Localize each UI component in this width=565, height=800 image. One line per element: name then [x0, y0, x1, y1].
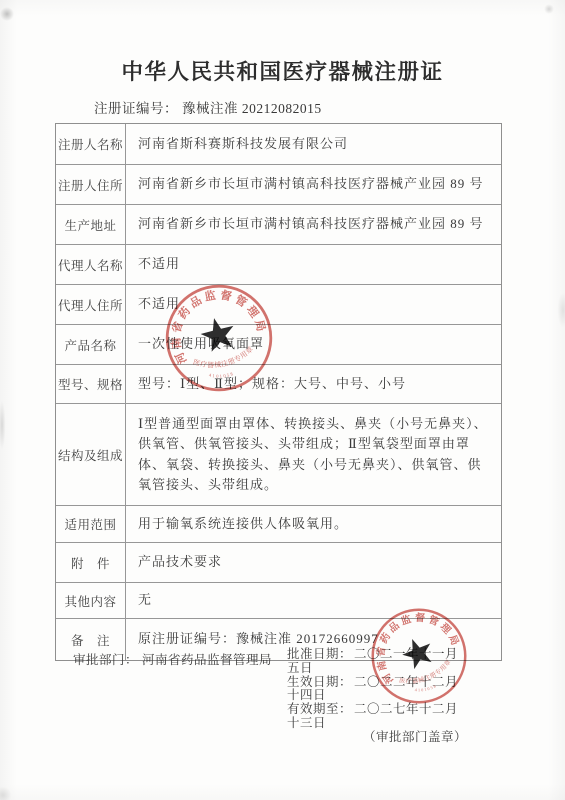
row-label: 生产地址 [56, 205, 126, 244]
table-row: 注册人住所 河南省新乡市长垣市满村镇高科技医疗器械产业园 89 号 [56, 164, 501, 204]
approval-department-label: 审批部门： [73, 653, 138, 667]
effective-date-label: 生效日期： [287, 675, 352, 689]
row-label: 产品名称 [56, 325, 126, 364]
dates-block: 批准日期：二〇二一年十一月五日 生效日期：二〇二二年十二月十四日 有效期至：二〇… [287, 648, 467, 745]
row-value: 产品技术要求 [126, 543, 501, 582]
table-row: 型号、规格 型号：Ⅰ型、Ⅱ型；规格：大号、中号、小号 [56, 364, 501, 403]
row-value: 型号：Ⅰ型、Ⅱ型；规格：大号、中号、小号 [126, 365, 501, 403]
registration-number-label: 注册证编号： [94, 101, 178, 116]
page-title: 中华人民共和国医疗器械注册证 [0, 55, 565, 86]
table-row: 代理人住所 不适用 [56, 284, 501, 324]
effective-date: 生效日期：二〇二二年十二月十四日 [287, 676, 467, 704]
row-value: 不适用 [126, 245, 501, 284]
table-row: 代理人名称 不适用 [56, 244, 501, 284]
row-label: 注册人名称 [56, 124, 126, 164]
row-value: 不适用 [126, 285, 501, 324]
registration-number: 注册证编号：豫械注准 20212082015 [94, 97, 322, 117]
row-value: 一次性使用吸氧面罩 [126, 325, 501, 364]
table-row: 附 件 产品技术要求 [56, 542, 501, 582]
table-row: 适用范围 用于输氧系统连接供人体吸氧用。 [56, 505, 501, 542]
row-label: 代理人住所 [56, 285, 126, 324]
row-value: 河南省新乡市长垣市满村镇高科技医疗器械产业园 89 号 [126, 165, 501, 204]
expiry-date: 有效期至：二〇二七年十二月十三日 [287, 703, 467, 731]
approval-date: 批准日期：二〇二一年十一月五日 [287, 648, 467, 676]
registration-number-value: 豫械注准 20212082015 [182, 101, 322, 116]
row-label: 型号、规格 [56, 365, 126, 403]
row-label: 适用范围 [56, 506, 126, 542]
approval-department: 审批部门：河南省药品监督管理局 [73, 650, 272, 668]
table-row: 生产地址 河南省新乡市长垣市满村镇高科技医疗器械产业园 89 号 [56, 204, 501, 244]
table-row: 注册人名称 河南省斯科赛斯科技发展有限公司 [56, 124, 501, 164]
seal-note: （审批部门盖章） [287, 731, 467, 745]
table-row: 产品名称 一次性使用吸氧面罩 [56, 324, 501, 364]
row-value: 河南省斯科赛斯科技发展有限公司 [126, 124, 501, 164]
row-value: 用于输氧系统连接供人体吸氧用。 [126, 506, 501, 542]
row-label: 注册人住所 [56, 165, 126, 204]
row-label: 附 件 [56, 543, 126, 582]
certificate-page: 中华人民共和国医疗器械注册证 注册证编号：豫械注准 20212082015 注册… [0, 0, 565, 800]
row-value: Ⅰ型普通型面罩由罩体、转换接头、鼻夹（小号无鼻夹）、供氧管、供氧管接头、头带组成… [126, 404, 501, 505]
expiry-date-label: 有效期至： [287, 702, 352, 716]
row-label: 结构及组成 [56, 404, 126, 505]
row-value: 无 [126, 583, 501, 618]
row-value: 河南省新乡市长垣市满村镇高科技医疗器械产业园 89 号 [126, 205, 501, 244]
certificate-table: 注册人名称 河南省斯科赛斯科技发展有限公司 注册人住所 河南省新乡市长垣市满村镇… [55, 123, 502, 661]
row-label: 代理人名称 [56, 245, 126, 284]
approval-date-label: 批准日期： [287, 647, 352, 661]
table-row: 其他内容 无 [56, 582, 501, 618]
approval-department-value: 河南省药品监督管理局 [142, 653, 272, 667]
table-row: 结构及组成 Ⅰ型普通型面罩由罩体、转换接头、鼻夹（小号无鼻夹）、供氧管、供氧管接… [56, 403, 501, 505]
row-label: 其他内容 [56, 583, 126, 618]
